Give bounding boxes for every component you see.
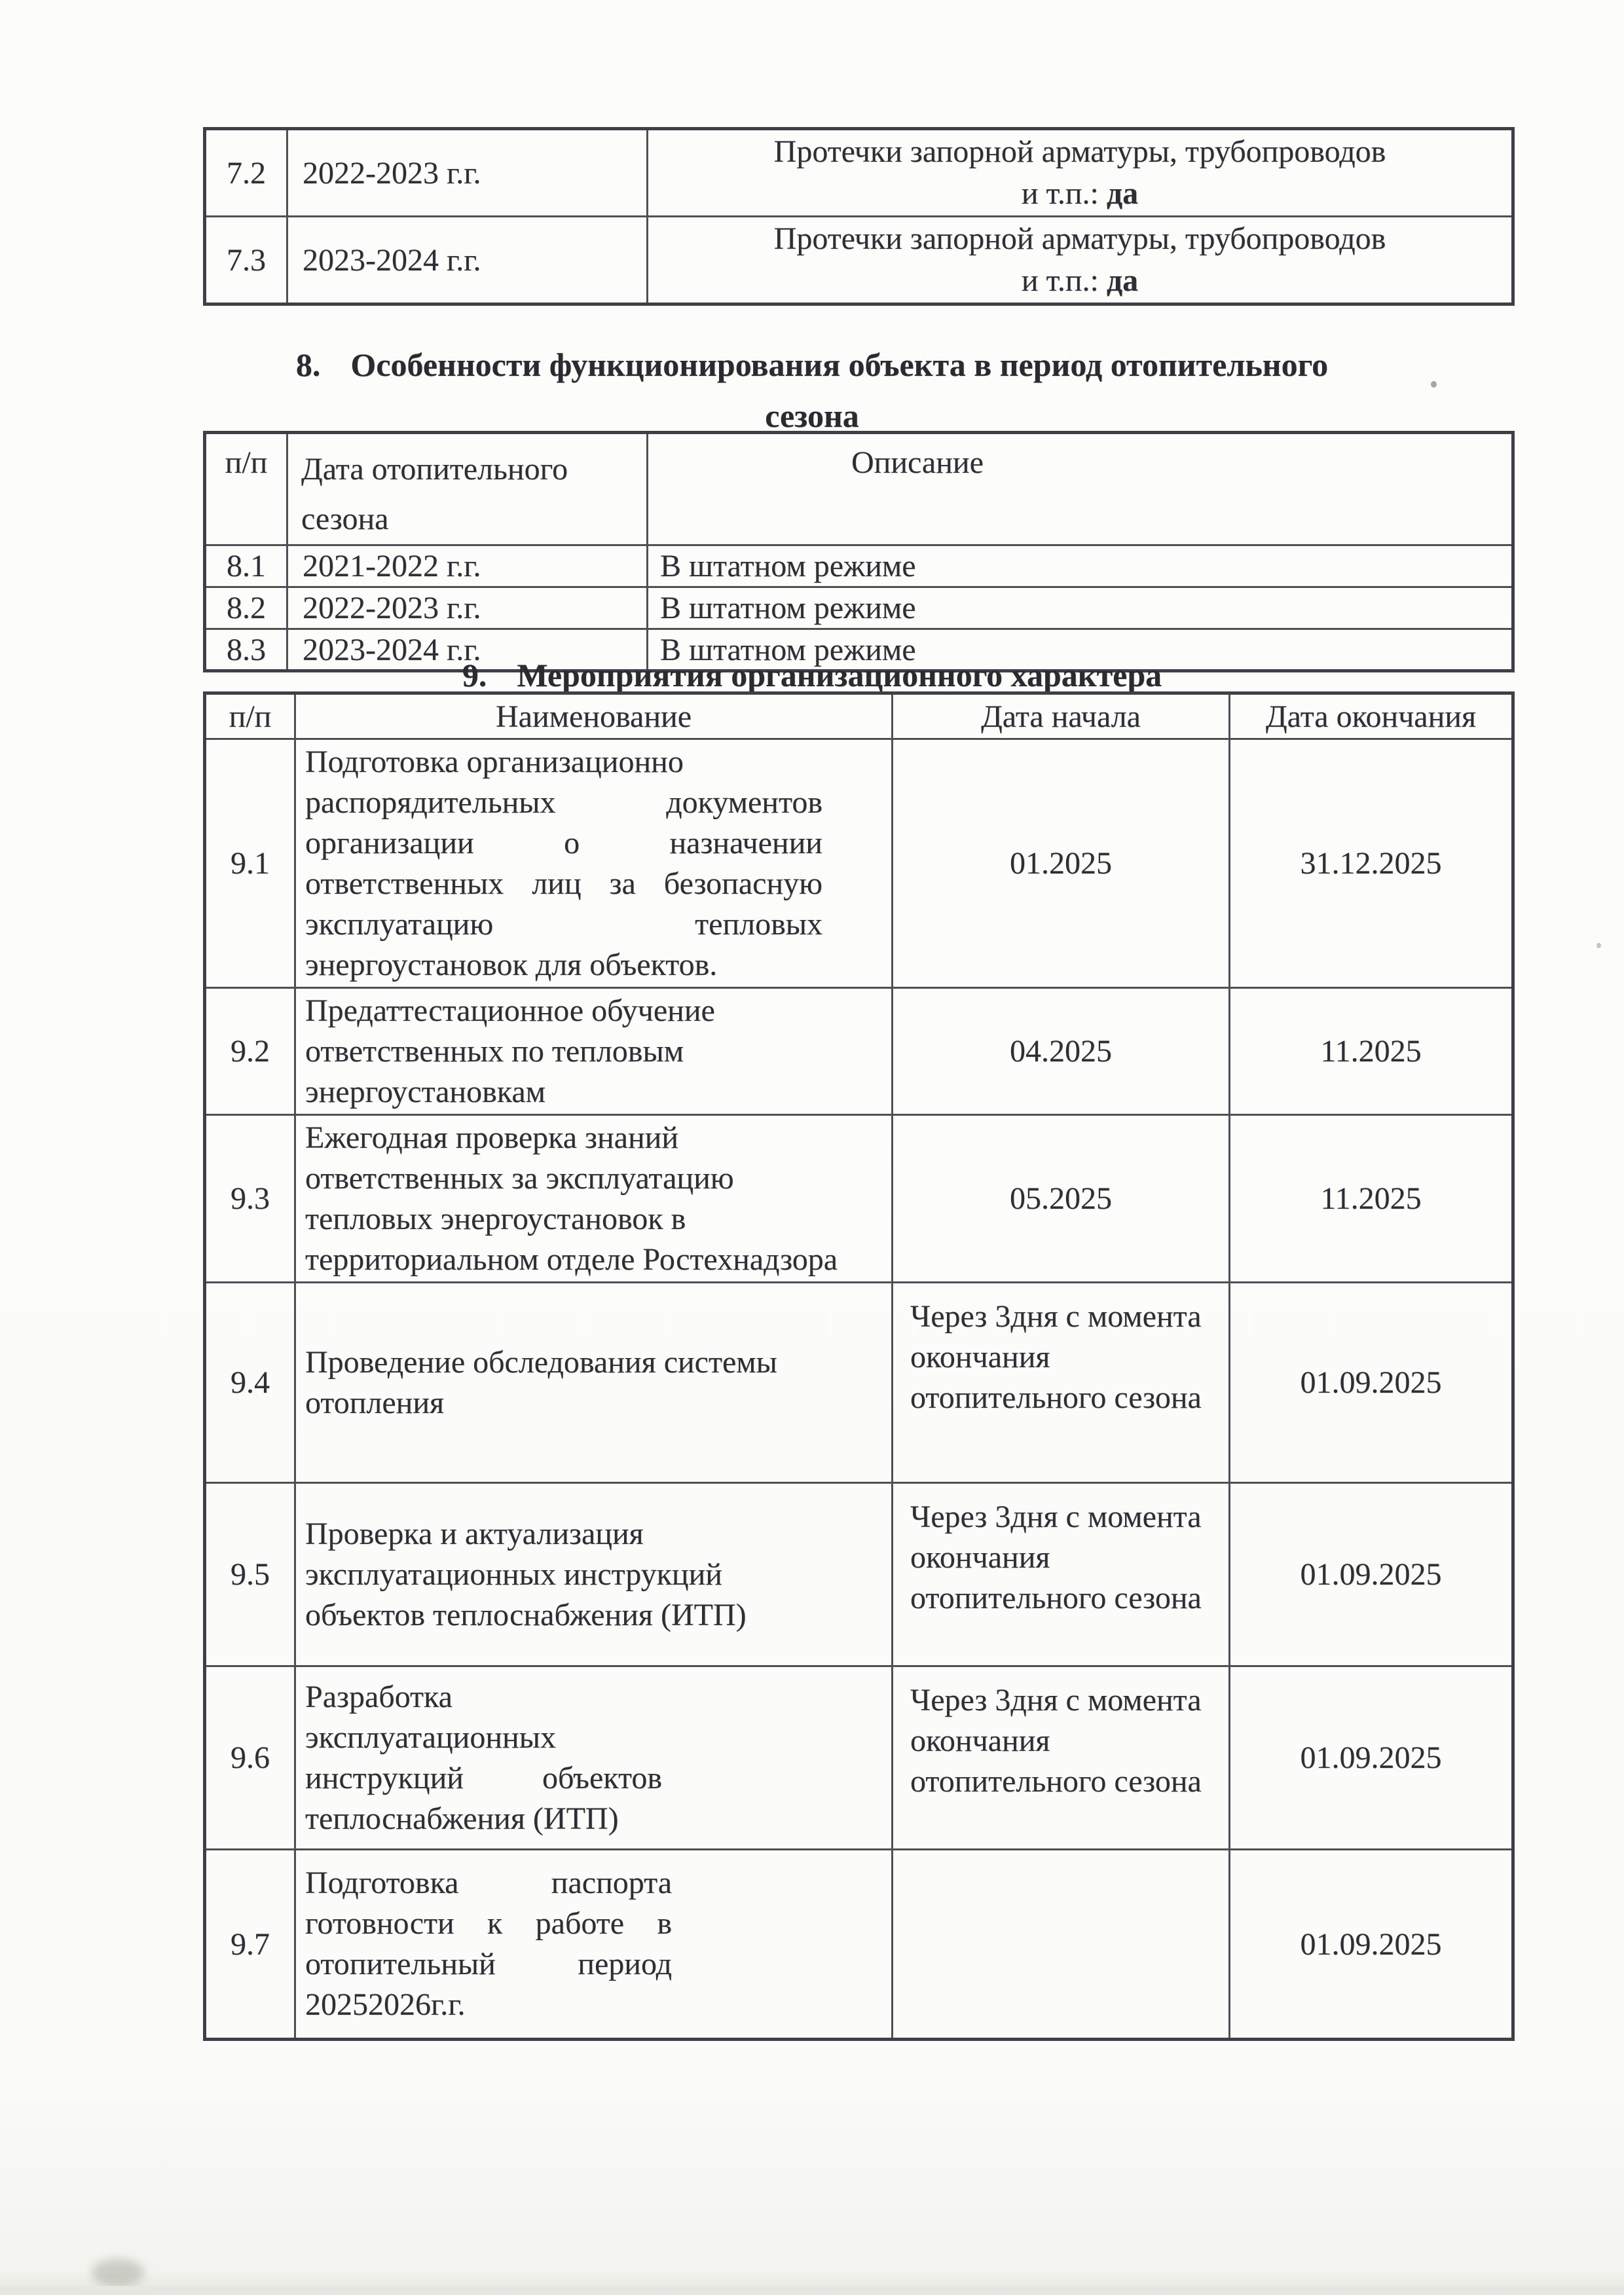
table-row: 9.4 Проведение обследования системыотопл… bbox=[205, 1283, 1513, 1483]
section-8-number: 8. bbox=[296, 346, 321, 383]
end-date: 01.09.2025 bbox=[1230, 1850, 1513, 2040]
column-header-start-date: Дата начала bbox=[893, 693, 1230, 739]
season-period: 2023-2024 г.г. bbox=[287, 217, 648, 304]
column-header-name: Наименование bbox=[295, 693, 893, 739]
end-date: 01.09.2025 bbox=[1230, 1283, 1513, 1483]
table-row: 8.1 2021-2022 г.г. В штатном режиме bbox=[205, 545, 1513, 587]
start-date: Через 3дня с моментаокончанияотопительно… bbox=[893, 1283, 1230, 1483]
row-number: 9.6 bbox=[205, 1666, 295, 1850]
end-date: 11.2025 bbox=[1230, 988, 1513, 1115]
measure-name: Проведение обследования системыотопления bbox=[295, 1283, 893, 1483]
start-date: Через 3дня с моментаокончанияотопительно… bbox=[893, 1666, 1230, 1850]
season-period: 2022-2023 г.г. bbox=[287, 129, 648, 217]
section-9-number: 9. bbox=[462, 657, 487, 693]
column-header-description: Описание bbox=[648, 433, 1513, 545]
table-row: 9.5 Проверка и актуализацияэксплуатацион… bbox=[205, 1483, 1513, 1666]
end-date: 01.09.2025 bbox=[1230, 1483, 1513, 1666]
row-number: 9.3 bbox=[205, 1115, 295, 1283]
column-header-num: п/п bbox=[205, 693, 295, 739]
table-row: 9.7 Подготовкапаспортаготовностикработев… bbox=[205, 1850, 1513, 2040]
scanner-edge-band bbox=[0, 2286, 1624, 2295]
season-period: 2021-2022 г.г. bbox=[287, 545, 648, 587]
season-description: В штатном режиме bbox=[648, 587, 1513, 629]
measure-name: Разработкаэксплуатационныхинструкцийобъе… bbox=[295, 1666, 893, 1850]
table-row: 7.2 2022-2023 г.г. Протечки запорной арм… bbox=[205, 129, 1513, 217]
row-number: 8.1 bbox=[205, 545, 287, 587]
start-date: 04.2025 bbox=[893, 988, 1230, 1115]
start-date: Через 3дня с моментаокончанияотопительно… bbox=[893, 1483, 1230, 1666]
leak-description-line1: Протечки запорной арматуры, трубопроводо… bbox=[648, 131, 1511, 173]
row-number: 7.3 bbox=[205, 217, 287, 304]
row-number: 9.7 bbox=[205, 1850, 295, 2040]
end-date: 31.12.2025 bbox=[1230, 739, 1513, 988]
scan-speck bbox=[1596, 943, 1601, 948]
season-description: В штатном режиме bbox=[648, 545, 1513, 587]
row-number: 9.1 bbox=[205, 739, 295, 988]
table-row: 9.1 Подготовка организационнораспорядите… bbox=[205, 739, 1513, 988]
table-8-heating-season: п/п Дата отопительногосезона Описание 8.… bbox=[203, 431, 1515, 672]
measure-name: Подготовкапаспортаготовностикработевотоп… bbox=[295, 1850, 893, 2040]
measure-name: Предаттестационное обучениеответственных… bbox=[295, 988, 893, 1115]
leak-description: Протечки запорной арматуры, трубопроводо… bbox=[648, 129, 1513, 217]
column-header-season-date: Дата отопительногосезона bbox=[287, 433, 648, 545]
answer-yes: да bbox=[1107, 263, 1138, 298]
table-row: 9.3 Ежегодная проверка знанийответственн… bbox=[205, 1115, 1513, 1283]
table-9-organizational-measures: п/п Наименование Дата начала Дата оконча… bbox=[203, 691, 1515, 2041]
start-date-empty bbox=[893, 1850, 1230, 2040]
leak-description-line1: Протечки запорной арматуры, трубопроводо… bbox=[648, 218, 1511, 260]
table-row: 8.2 2022-2023 г.г. В штатном режиме bbox=[205, 587, 1513, 629]
measure-name: Подготовка организационнораспорядительны… bbox=[295, 739, 893, 988]
row-number: 9.4 bbox=[205, 1283, 295, 1483]
leak-description-line2: и т.п.: да bbox=[648, 260, 1511, 302]
scan-speck bbox=[1431, 381, 1437, 388]
table-9-header-row: п/п Наименование Дата начала Дата оконча… bbox=[205, 693, 1513, 739]
end-date: 11.2025 bbox=[1230, 1115, 1513, 1283]
row-number: 9.5 bbox=[205, 1483, 295, 1666]
section-8-heading: 8.Особенности функционирования объекта в… bbox=[0, 339, 1624, 441]
measure-name: Ежегодная проверка знанийответственных з… bbox=[295, 1115, 893, 1283]
table-row: 7.3 2023-2024 г.г. Протечки запорной арм… bbox=[205, 217, 1513, 304]
row-number: 9.2 bbox=[205, 988, 295, 1115]
table-row: 9.2 Предаттестационное обучениеответстве… bbox=[205, 988, 1513, 1115]
end-date: 01.09.2025 bbox=[1230, 1666, 1513, 1850]
table-7-continuation: 7.2 2022-2023 г.г. Протечки запорной арм… bbox=[203, 127, 1515, 306]
measure-name: Проверка и актуализацияэксплуатационных … bbox=[295, 1483, 893, 1666]
table-row: 9.6 Разработкаэксплуатационныхинструкций… bbox=[205, 1666, 1513, 1850]
column-header-num: п/п bbox=[205, 433, 287, 545]
table-8-header-row: п/п Дата отопительногосезона Описание bbox=[205, 433, 1513, 545]
leak-description: Протечки запорной арматуры, трубопроводо… bbox=[648, 217, 1513, 304]
section-8-heading-line1: 8.Особенности функционирования объекта в… bbox=[0, 339, 1624, 390]
scan-smudge bbox=[92, 2259, 144, 2286]
leak-description-line2: и т.п.: да bbox=[648, 173, 1511, 215]
answer-yes: да bbox=[1107, 176, 1138, 211]
column-header-end-date: Дата окончания bbox=[1230, 693, 1513, 739]
row-number: 7.2 bbox=[205, 129, 287, 217]
row-number: 8.2 bbox=[205, 587, 287, 629]
season-period: 2022-2023 г.г. bbox=[287, 587, 648, 629]
start-date: 01.2025 bbox=[893, 739, 1230, 988]
start-date: 05.2025 bbox=[893, 1115, 1230, 1283]
